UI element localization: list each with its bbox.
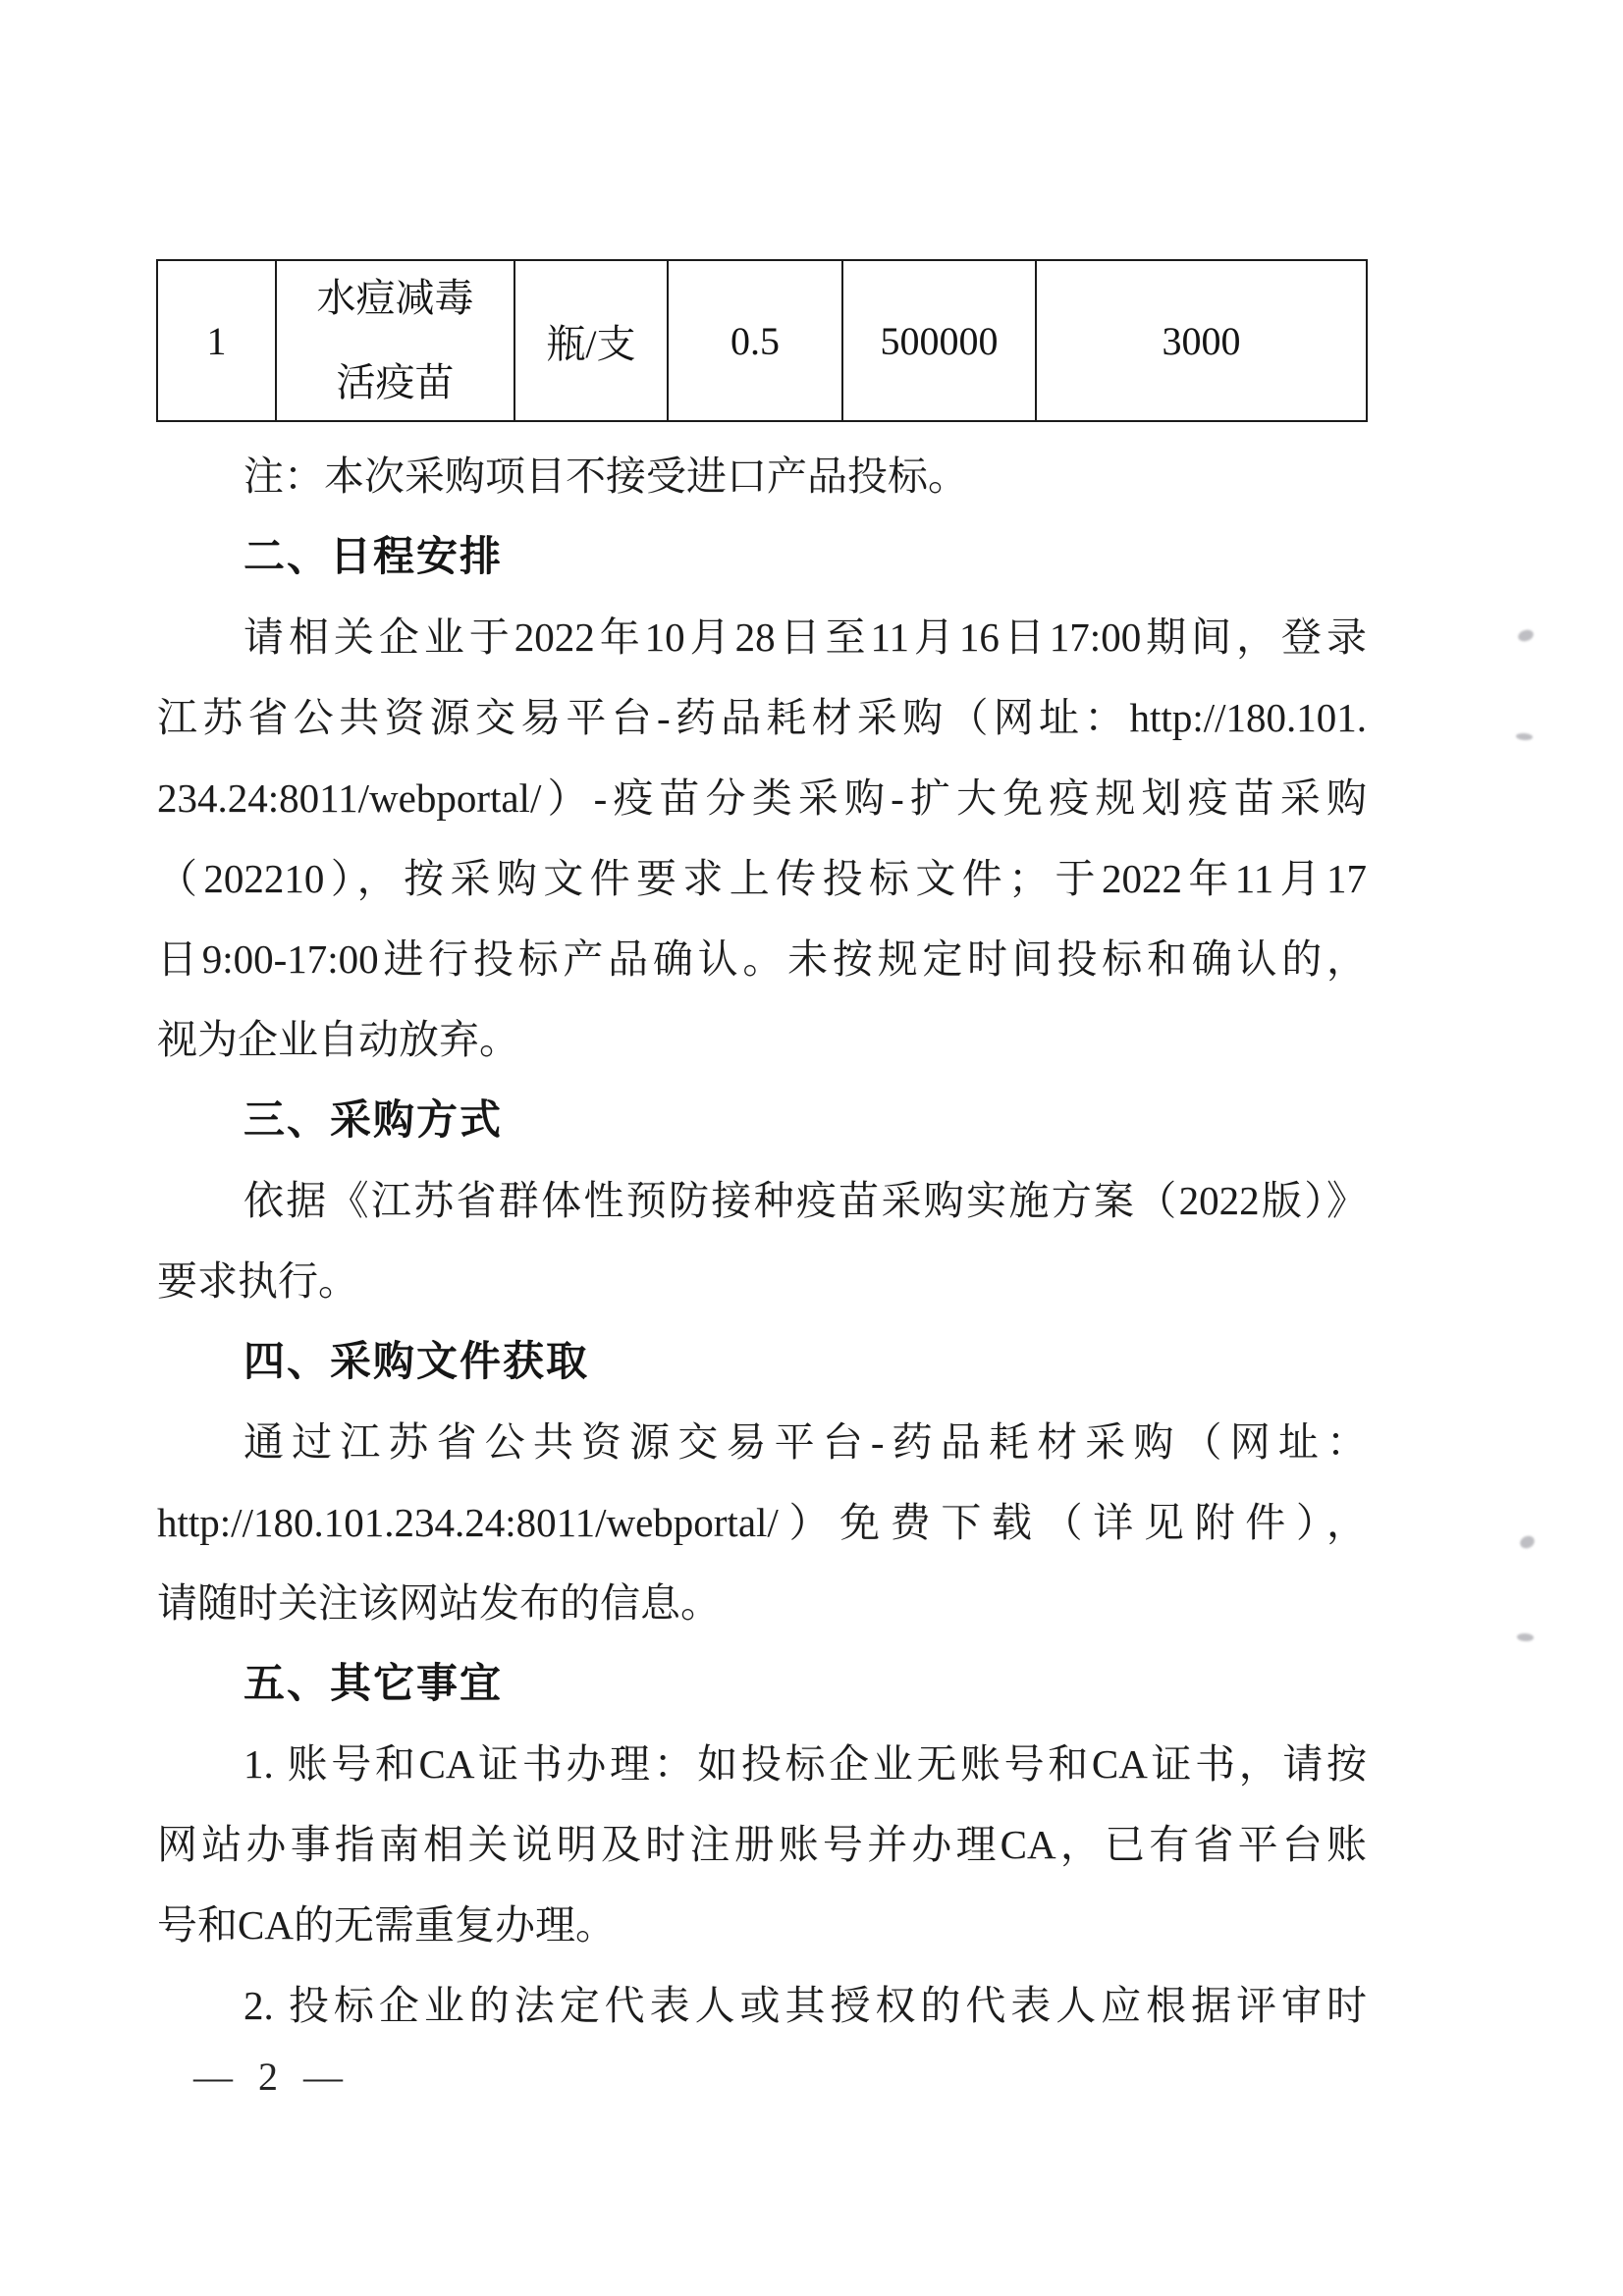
- body-line: 请相关企业于2022年10月28日至11月16日17:00期间，登录: [157, 597, 1367, 677]
- scan-artifact: [1517, 628, 1536, 643]
- scan-artifact: [1518, 1533, 1537, 1550]
- vaccine-name-line2: 活疫苗: [337, 362, 455, 403]
- table-row: 1 水痘减毒 活疫苗 瓶/支 0.5 500000 3000: [157, 260, 1367, 421]
- cell-unit: 瓶/支: [514, 260, 668, 421]
- body-line: （202210），按采购文件要求上传投标文件；于2022年11月17: [157, 838, 1367, 919]
- cell-quantity: 500000: [842, 260, 1036, 421]
- body-line: 号和CA的无需重复办理。: [157, 1885, 1367, 1965]
- body-line: 要求执行。: [157, 1241, 1367, 1321]
- body-line: 234.24:8011/webportal/）-疫苗分类采购-扩大免疫规划疫苗采…: [157, 758, 1367, 838]
- body-line: 2. 投标企业的法定代表人或其授权的代表人应根据评审时: [157, 1965, 1367, 2046]
- section-heading-method: 三、采购方式: [157, 1080, 1367, 1160]
- scan-artifact: [1517, 1633, 1534, 1642]
- body-line: 1. 账号和CA证书办理：如投标企业无账号和CA证书，请按: [157, 1724, 1367, 1804]
- cell-amount: 3000: [1036, 260, 1367, 421]
- vaccine-name-line1: 水痘减毒: [317, 278, 474, 319]
- cell-vaccine-name: 水痘减毒 活疫苗: [276, 260, 514, 421]
- cell-spec: 0.5: [668, 260, 842, 421]
- page-number: — 2 —: [193, 2042, 351, 2112]
- vaccine-table: 1 水痘减毒 活疫苗 瓶/支 0.5 500000 3000: [156, 259, 1368, 422]
- document-body: 注：本次采购项目不接受进口产品投标。 二、日程安排 请相关企业于2022年10月…: [157, 436, 1367, 2046]
- body-line: 依据《江苏省群体性预防接种疫苗采购实施方案（2022版）》: [157, 1160, 1367, 1241]
- body-line: 视为企业自动放弃。: [157, 999, 1367, 1080]
- section-heading-schedule: 二、日程安排: [157, 516, 1367, 597]
- document-page: 1 水痘减毒 活疫苗 瓶/支 0.5 500000 3000 注：本次采购项目不…: [0, 0, 1623, 2296]
- body-line: http://180.101.234.24:8011/webportal/）免费…: [157, 1482, 1367, 1563]
- scan-artifact: [1516, 732, 1533, 740]
- body-line: 江苏省公共资源交易平台-药品耗材采购（网址：http://180.101.: [157, 677, 1367, 758]
- section-heading-other: 五、其它事宜: [157, 1643, 1367, 1724]
- cell-index: 1: [157, 260, 276, 421]
- body-line: 通过江苏省公共资源交易平台-药品耗材采购（网址：: [157, 1402, 1367, 1482]
- body-line: 日9:00-17:00进行投标产品确认。未按规定时间投标和确认的，: [157, 919, 1367, 999]
- note-line: 注：本次采购项目不接受进口产品投标。: [157, 436, 1367, 516]
- body-line: 网站办事指南相关说明及时注册账号并办理CA，已有省平台账: [157, 1804, 1367, 1885]
- section-heading-documents: 四、采购文件获取: [157, 1321, 1367, 1402]
- body-line: 请随时关注该网站发布的信息。: [157, 1563, 1367, 1643]
- vaccine-name-wrap: 水痘减毒 活疫苗: [277, 261, 514, 420]
